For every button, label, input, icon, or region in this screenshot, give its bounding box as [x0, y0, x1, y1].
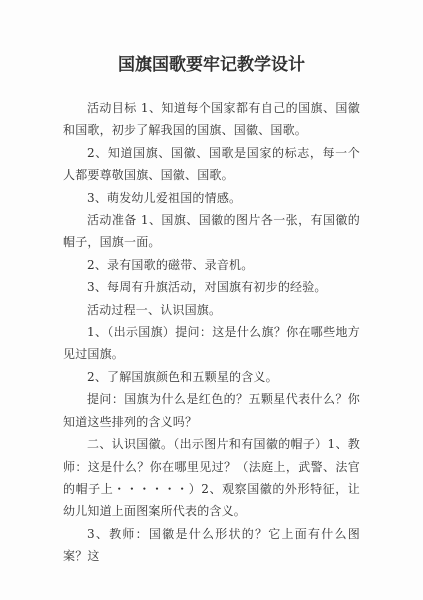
paragraph: 1、（出示国旗）提问：这是什么旗？你在哪些地方见过国旗。 — [63, 321, 360, 366]
paragraph: 2、知道国旗、国徽、国歌是国家的标志，每一个人都要尊敬国旗、国徽、国歌。 — [63, 142, 360, 187]
paragraph: 3、萌发幼儿爱祖国的情感。 — [63, 187, 360, 209]
paragraph: 2、录有国歌的磁带、录音机。 — [63, 254, 360, 276]
paragraph: 活动准备 1、国旗、国徽的图片各一张，有国徽的帽子，国旗一面。 — [63, 209, 360, 254]
paragraph: 活动目标 1、知道每个国家都有自己的国旗、国徽和国歌，初步了解我国的国旗、国徽、… — [63, 97, 360, 142]
document-body: 活动目标 1、知道每个国家都有自己的国旗、国徽和国歌，初步了解我国的国旗、国徽、… — [63, 97, 360, 568]
paragraph: 提问：国旗为什么是红色的？五颗星代表什么？你知道这些排列的含义吗？ — [63, 388, 360, 433]
paragraph: 3、每周有升旗活动，对国旗有初步的经验。 — [63, 276, 360, 298]
paragraph: 二、认识国徽。（出示图片和有国徽的帽子）1、教师：这是什么？你在哪里见过？（法庭… — [63, 433, 360, 523]
paragraph: 3、教师：国徽是什么形状的？它上面有什么图案？这 — [63, 523, 360, 568]
document-page: 国旗国歌要牢记教学设计 活动目标 1、知道每个国家都有自己的国旗、国徽和国歌，初… — [0, 0, 423, 600]
document-title: 国旗国歌要牢记教学设计 — [0, 0, 423, 78]
paragraph: 2、了解国旗颜色和五颗星的含义。 — [63, 366, 360, 388]
paragraph: 活动过程一、认识国旗。 — [63, 299, 360, 321]
